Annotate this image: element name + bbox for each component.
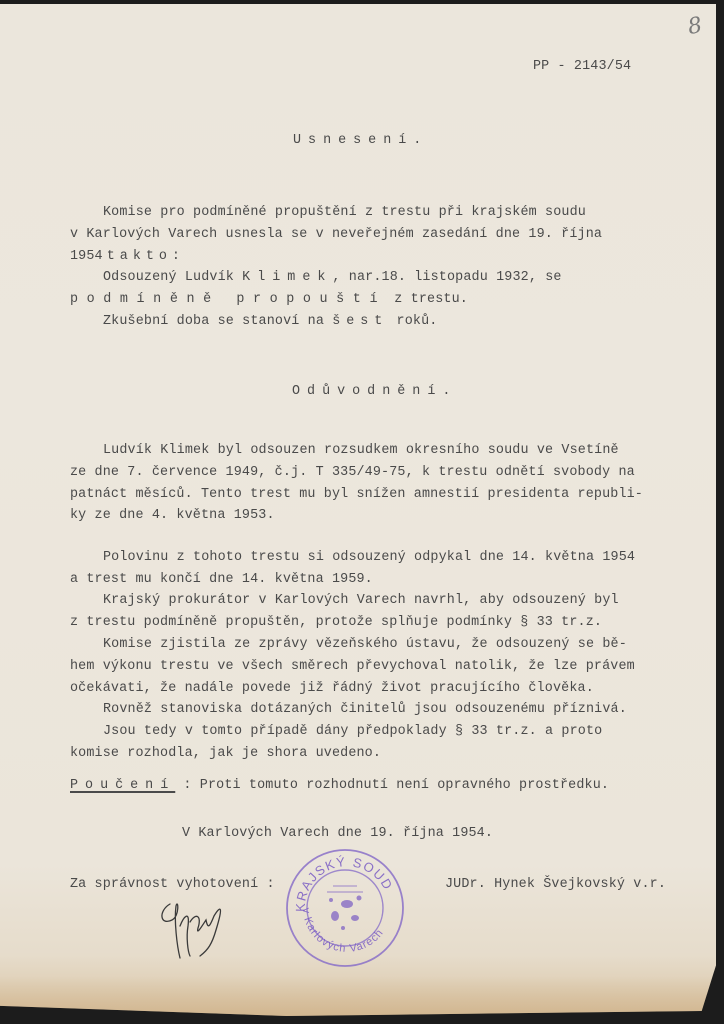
ruling-line-3: Zkušební doba se stanoví na šest roků. — [103, 315, 437, 328]
reasoning-line: hem výkonu trestu ve všech směrech převy… — [70, 660, 635, 673]
reasoning-line: Jsou tedy v tomto případě dány předpokla… — [103, 725, 602, 738]
reasoning-line: a trest mu končí dne 14. května 1959. — [70, 573, 373, 586]
document-page: 8 PP - 2143/54 Usnesení. Komise pro podm… — [0, 4, 716, 1016]
reasoning-line: Polovinu z tohoto trestu si odsouzený od… — [103, 551, 635, 564]
reasoning-line: z trestu podmíněně propuštěn, protože sp… — [70, 616, 602, 629]
reasoning-line: Rovněž stanoviska dotázaných činitelů js… — [103, 703, 627, 716]
svg-text:v Karlových Varech: v Karlových Varech — [300, 907, 386, 955]
reasoning-line: ze dne 7. července 1949, č.j. T 335/49-7… — [70, 466, 635, 479]
reasoning-line: Krajský prokurátor v Karlových Varech na… — [103, 594, 619, 607]
handwritten-signature — [150, 886, 240, 966]
intro-line-1: Komise pro podmíněné propuštění z trestu… — [103, 206, 586, 219]
reasoning-line: Komise zjistila ze zprávy vězeňského úst… — [103, 638, 627, 651]
stamp-emblem-icon — [327, 886, 363, 930]
place-date: V Karlových Varech dne 19. října 1954. — [182, 827, 493, 840]
intro-line-3: 1954takto: — [70, 250, 185, 263]
reasoning-line: komise rozhodla, jak je shora uvedeno. — [70, 747, 381, 760]
pencil-page-number: 8 — [686, 13, 704, 40]
reasoning-line: patnáct měsíců. Tento trest mu byl sníže… — [70, 488, 643, 501]
reasoning-line: očekávati, že nadále povede již řádný ži… — [70, 682, 594, 695]
stamp-text-bottom: v Karlových Varech — [300, 907, 386, 955]
instruction-label: Poučení — [70, 778, 175, 793]
intro-line-2: v Karlových Varech usnesla se v neveřejn… — [70, 228, 602, 241]
court-stamp: KRAJSKÝ SOUD v Karlových Varech — [283, 846, 407, 970]
ruling-line-2: podmíněně propouští z trestu. — [70, 293, 468, 306]
reasoning-title: Odůvodnění. — [292, 385, 457, 398]
reasoning-line: ky ze dne 4. května 1953. — [70, 509, 275, 522]
instruction-line: Poučení : Proti tomuto rozhodnutí není o… — [70, 779, 609, 792]
reference-number: PP - 2143/54 — [533, 60, 631, 73]
signatory-name: JUDr. Hynek Švejkovský v.r. — [445, 878, 666, 891]
reasoning-line: Ludvík Klimek byl odsouzen rozsudkem okr… — [103, 444, 619, 457]
document-title: Usnesení. — [293, 134, 428, 147]
ruling-line-1: Odsouzený Ludvík Klimek, nar.18. listopa… — [103, 271, 562, 284]
